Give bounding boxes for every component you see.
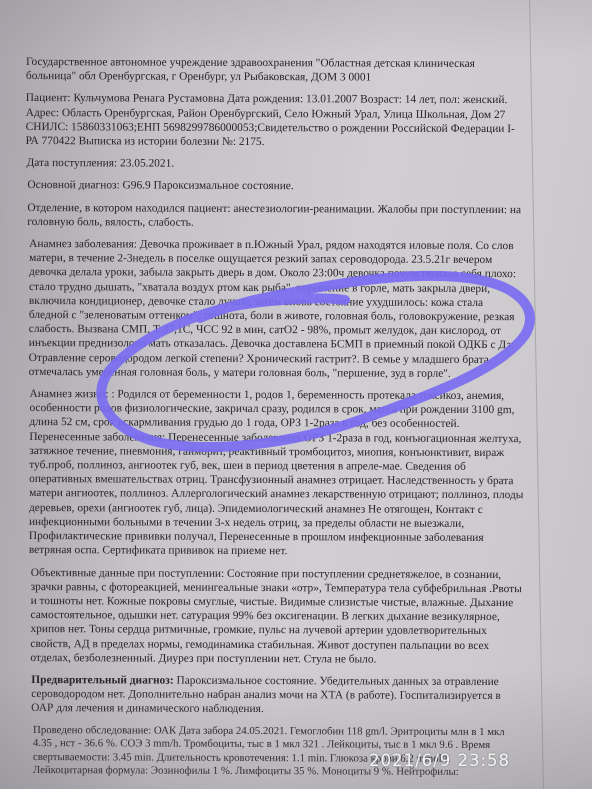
admission-date-value: 23.05.2021.	[120, 158, 174, 170]
hospital-header: Государственное автономное учреждение зд…	[26, 55, 526, 86]
examination-label: Проведено обследование:	[33, 724, 151, 737]
admission-date-label: Дата поступления:	[27, 157, 118, 169]
preliminary-diagnosis-label: Предварительный диагноз:	[31, 674, 173, 687]
life-anamnesis-label: Анамнез жизни:	[29, 388, 108, 400]
department-complaints: Отделение, в котором находился пациент: …	[27, 201, 525, 232]
patient-details: Кульчумова Ренага Рустамовна Дата рожден…	[26, 93, 515, 148]
preliminary-diagnosis: Предварительный диагноз: Пароксизмальное…	[31, 673, 523, 718]
medical-discharge-document: Государственное автономное учреждение зд…	[23, 55, 526, 788]
paper-fold-line	[529, 0, 544, 789]
main-diagnosis-value: G96.9 Пароксизмальное состояние.	[123, 180, 294, 193]
life-anamnesis: Анамнез жизни: : Родился от беременности…	[29, 387, 525, 560]
patient-label: Пациент:	[26, 92, 71, 104]
disease-anamnesis-text: Девочка проживает в п.Южный Урал, рядом …	[29, 239, 516, 380]
life-anamnesis-text: : Родился от беременности 1, родов 1, бе…	[29, 388, 524, 557]
department-label: Отделение, в котором находился пациент:	[27, 202, 230, 215]
disease-anamnesis-label: Анамнез заболевания:	[29, 238, 137, 250]
main-diagnosis-label: Основной диагноз:	[27, 179, 119, 191]
objective-text: Состояние при поступлении среднетяжелое,…	[30, 567, 522, 665]
disease-anamnesis: Анамнез заболевания: Девочка проживает в…	[29, 237, 526, 381]
admission-date: Дата поступления: 23.05.2021.	[26, 156, 525, 172]
objective-label: Объективные данные при поступлении:	[31, 567, 225, 580]
patient-info: Пациент: Кульчумова Ренага Рустамовна Да…	[26, 91, 526, 150]
main-diagnosis: Основной диагноз: G96.9 Пароксизмальное …	[27, 178, 525, 194]
photo-timestamp: 2021/6/9 23:58	[369, 751, 510, 770]
objective-findings: Объективные данные при поступлении: Сост…	[30, 566, 523, 668]
lighting-shade-top	[0, 0, 592, 60]
